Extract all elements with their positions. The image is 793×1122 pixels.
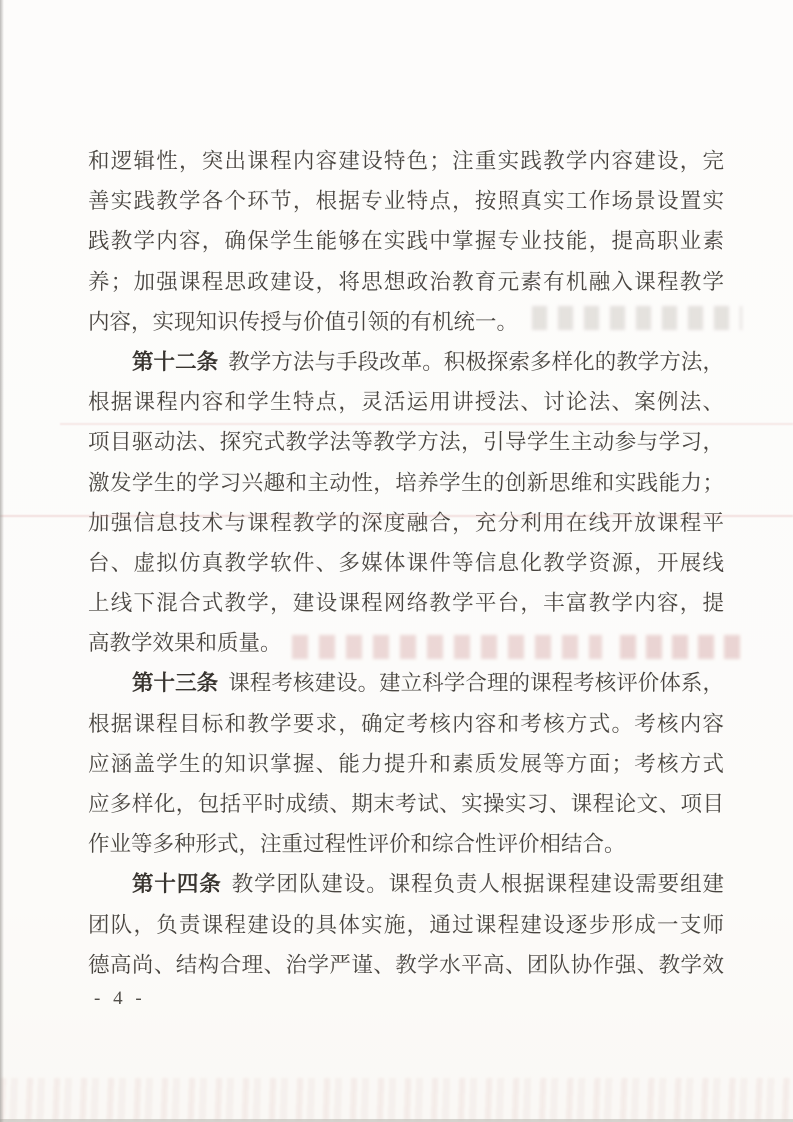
text-line: 第十二条教学方法与手段改革。积极探索多样化的教学方法， <box>88 342 724 382</box>
line-text: 高教学效果和质量。 <box>88 631 282 655</box>
text-line: 项目驱动法、探究式教学法等教学方法，引导学生主动参与学习， <box>88 422 724 462</box>
bleedthrough-ghost-text <box>532 306 742 330</box>
line-text: 践教学内容，确保学生能够在实践中掌握专业技能，提高职业素 <box>88 229 724 253</box>
bleedthrough-ghost-text <box>620 635 742 659</box>
line-text: 教学方法与手段改革。积极探索多样化的教学方法， <box>228 350 724 374</box>
article-14-label: 第十四条 <box>132 872 222 896</box>
line-text: 上线下混合式教学，建设课程网络教学平台，丰富教学内容，提 <box>88 591 724 615</box>
line-text: 内容，实现知识传授与价值引领的有机统一。 <box>88 310 518 334</box>
text-line: 和逻辑性，突出课程内容建设特色；注重实践教学内容建设，完 <box>88 141 724 181</box>
scan-noise-band <box>0 1078 793 1120</box>
text-line: 激发学生的学习兴趣和主动性，培养学生的创新思维和实践能力； <box>88 463 724 503</box>
paragraph-article-12: 第十二条教学方法与手段改革。积极探索多样化的教学方法， 根据课程内容和学生特点，… <box>88 342 724 664</box>
line-text: 应多样化，包括平时成绩、期末考试、实操实习、课程论文、项目 <box>88 792 724 816</box>
line-text: 课程考核建设。建立科学合理的课程考核评价体系， <box>228 671 724 695</box>
line-text: 和逻辑性，突出课程内容建设特色；注重实践教学内容建设，完 <box>88 149 724 173</box>
line-text: 作业等多种形式，注重过程性评价和综合性评价相结合。 <box>88 832 626 856</box>
text-line: 应多样化，包括平时成绩、期末考试、实操实习、课程论文、项目 <box>88 784 724 824</box>
text-line: 养；加强课程思政建设，将思想政治教育元素有机融入课程教学 <box>88 262 724 302</box>
scan-artifact-line <box>60 423 793 425</box>
document-body: 和逻辑性，突出课程内容建设特色；注重实践教学内容建设，完 善实践教学各个环节，根… <box>88 141 724 985</box>
text-line: 加强信息技术与课程教学的深度融合，充分利用在线开放课程平 <box>88 503 724 543</box>
paragraph-article-13: 第十三条课程考核建设。建立科学合理的课程考核评价体系， 根据课程目标和教学要求，… <box>88 663 724 864</box>
text-line: 应涵盖学生的知识掌握、能力提升和素质发展等方面；考核方式 <box>88 744 724 784</box>
text-line: 团队，负责课程建设的具体实施，通过课程建设逐步形成一支师 <box>88 905 724 945</box>
text-line: 第十三条课程考核建设。建立科学合理的课程考核评价体系， <box>88 663 724 703</box>
text-line: 根据课程内容和学生特点，灵活运用讲授法、讨论法、案例法、 <box>88 382 724 422</box>
paragraph-article-14: 第十四条教学团队建设。课程负责人根据课程建设需要组建 团队，负责课程建设的具体实… <box>88 864 724 985</box>
text-line: 践教学内容，确保学生能够在实践中掌握专业技能，提高职业素 <box>88 221 724 261</box>
line-text: 根据课程内容和学生特点，灵活运用讲授法、讨论法、案例法、 <box>88 390 724 414</box>
article-13-label: 第十三条 <box>132 671 218 695</box>
scan-artifact-line <box>0 515 793 517</box>
line-text: 应涵盖学生的知识掌握、能力提升和素质发展等方面；考核方式 <box>88 752 724 776</box>
text-line: 根据课程目标和教学要求，确定考核内容和考核方式。考核内容 <box>88 704 724 744</box>
text-line: 上线下混合式教学，建设课程网络教学平台，丰富教学内容，提 <box>88 583 724 623</box>
line-text: 善实践教学各个环节，根据专业特点，按照真实工作场景设置实 <box>88 189 724 213</box>
line-text: 德高尚、结构合理、治学严谨、教学水平高、团队协作强、教学效 <box>88 953 724 977</box>
line-text: 教学团队建设。课程负责人根据课程建设需要组建 <box>232 872 724 896</box>
text-line: 台、虚拟仿真教学软件、多媒体课件等信息化教学资源，开展线 <box>88 543 724 583</box>
line-text: 台、虚拟仿真教学软件、多媒体课件等信息化教学资源，开展线 <box>88 551 724 575</box>
scanned-document-page: 和逻辑性，突出课程内容建设特色；注重实践教学内容建设，完 善实践教学各个环节，根… <box>0 0 793 1122</box>
text-line: 第十四条教学团队建设。课程负责人根据课程建设需要组建 <box>88 864 724 904</box>
line-text: 项目驱动法、探究式教学法等教学方法，引导学生主动参与学习， <box>88 430 724 454</box>
line-text: 养；加强课程思政建设，将思想政治教育元素有机融入课程教学 <box>88 270 724 294</box>
page-number: - 4 - <box>94 988 146 1010</box>
scan-edge-left <box>0 0 4 1122</box>
line-text: 团队，负责课程建设的具体实施，通过课程建设逐步形成一支师 <box>88 913 724 937</box>
text-line: 善实践教学各个环节，根据专业特点，按照真实工作场景设置实 <box>88 181 724 221</box>
text-line: 作业等多种形式，注重过程性评价和综合性评价相结合。 <box>88 824 724 864</box>
line-text: 激发学生的学习兴趣和主动性，培养学生的创新思维和实践能力； <box>88 471 724 495</box>
bleedthrough-ghost-text <box>292 635 602 659</box>
line-text: 根据课程目标和教学要求，确定考核内容和考核方式。考核内容 <box>88 712 724 736</box>
text-line: 德高尚、结构合理、治学严谨、教学水平高、团队协作强、教学效 <box>88 945 724 985</box>
article-12-label: 第十二条 <box>132 350 218 374</box>
